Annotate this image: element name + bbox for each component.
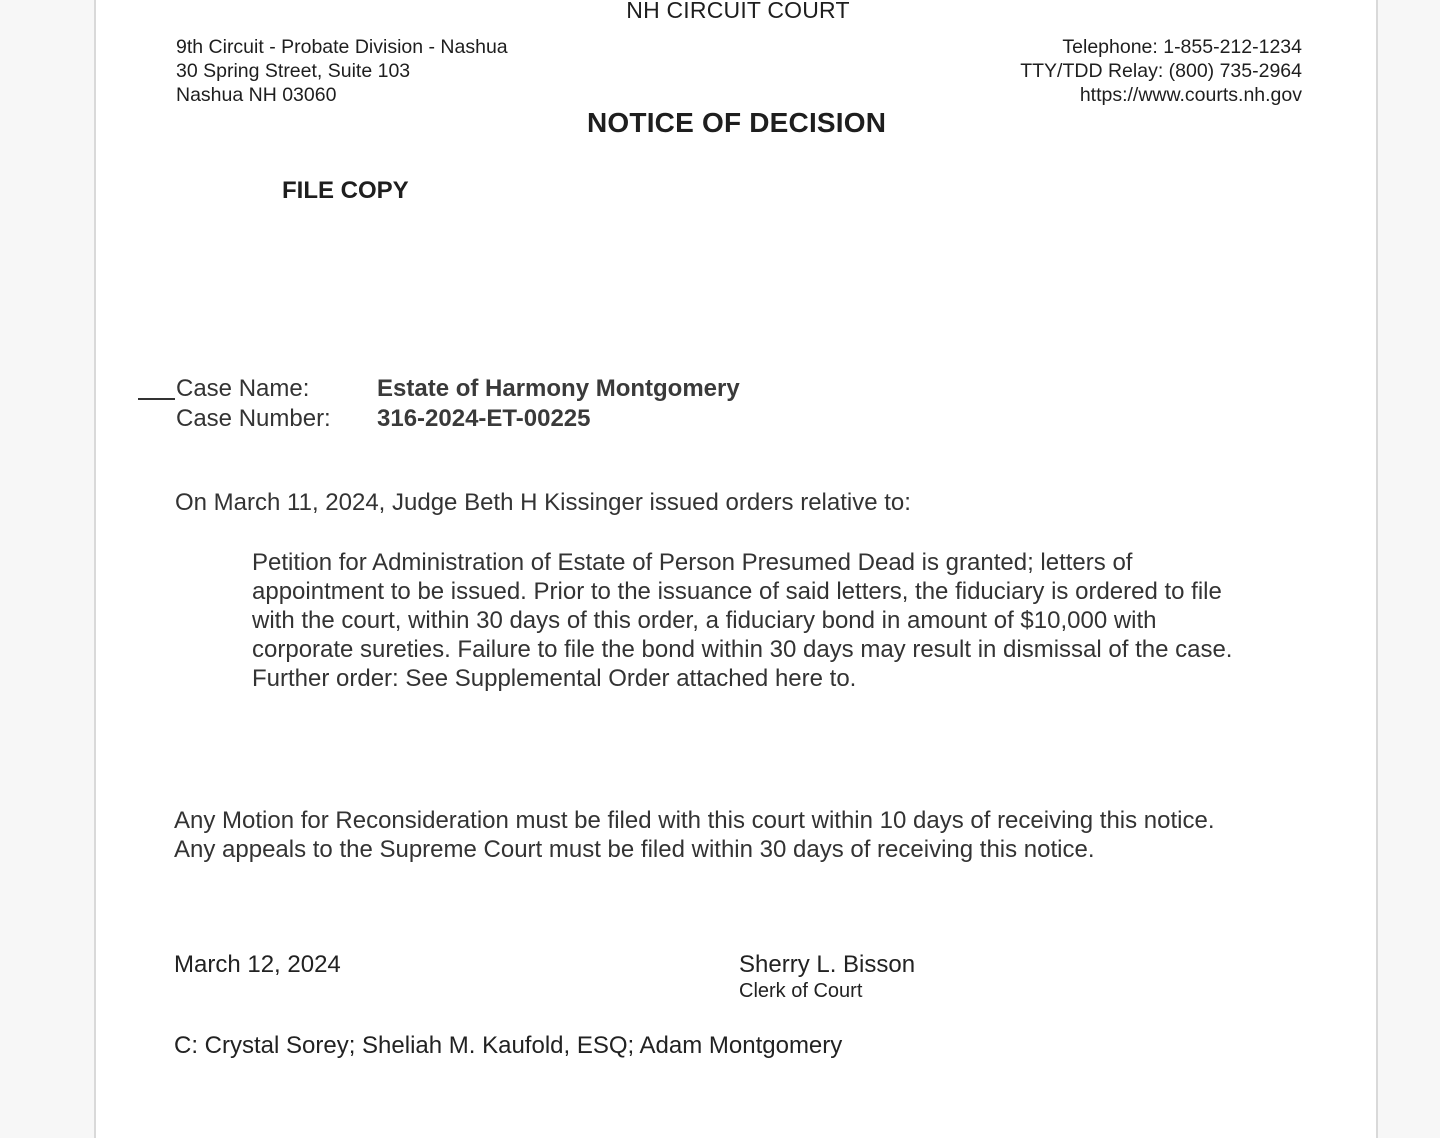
notice-date: March 12, 2024 xyxy=(174,951,341,979)
address-line-3: Nashua NH 03060 xyxy=(176,83,508,107)
appeal-line: Any appeals to the Supreme Court must be… xyxy=(174,835,1215,864)
clerk-title: Clerk of Court xyxy=(739,980,862,1003)
reconsideration-notice: Any Motion for Reconsideration must be f… xyxy=(174,806,1215,864)
document-page: NH CIRCUIT COURT 9th Circuit - Probate D… xyxy=(94,0,1378,1138)
notice-title: NOTICE OF DECISION xyxy=(587,107,886,139)
tty-relay: TTY/TDD Relay: (800) 735-2964 xyxy=(1020,59,1302,83)
document-viewer: NH CIRCUIT COURT 9th Circuit - Probate D… xyxy=(0,0,1440,1138)
copies-to: C: Crystal Sorey; Sheliah M. Kaufold, ES… xyxy=(174,1032,842,1060)
case-name-row: Case Name: Estate of Harmony Montgomery xyxy=(138,374,740,404)
address-line-2: 30 Spring Street, Suite 103 xyxy=(176,59,508,83)
order-line: Further order: See Supplemental Order at… xyxy=(252,664,1292,693)
order-line: corporate sureties. Failure to file the … xyxy=(252,635,1292,664)
case-name-label: Case Name: xyxy=(176,374,377,404)
order-line: Petition for Administration of Estate of… xyxy=(252,548,1292,577)
order-line: appointment to be issued. Prior to the i… xyxy=(252,577,1292,606)
case-number-value: 316-2024-ET-00225 xyxy=(377,404,591,434)
file-copy-label: FILE COPY xyxy=(282,177,409,205)
court-address: 9th Circuit - Probate Division - Nashua … xyxy=(176,35,508,107)
motion-line: Any Motion for Reconsideration must be f… xyxy=(174,806,1215,835)
website: https://www.courts.nh.gov xyxy=(1020,83,1302,107)
case-info: Case Name: Estate of Harmony Montgomery … xyxy=(138,374,740,434)
order-intro: On March 11, 2024, Judge Beth H Kissinge… xyxy=(175,489,911,517)
court-name: NH CIRCUIT COURT xyxy=(626,0,849,23)
order-text: Petition for Administration of Estate of… xyxy=(252,548,1292,693)
clerk-name: Sherry L. Bisson xyxy=(739,951,915,979)
case-number-row: Case Number: 316-2024-ET-00225 xyxy=(138,404,740,434)
court-title: NH CIRCUIT COURT xyxy=(96,0,1376,24)
case-name-value: Estate of Harmony Montgomery xyxy=(377,374,740,404)
address-line-1: 9th Circuit - Probate Division - Nashua xyxy=(176,35,508,59)
checkbox-line xyxy=(138,397,175,400)
case-number-label: Case Number: xyxy=(176,404,377,434)
telephone: Telephone: 1-855-212-1234 xyxy=(1020,35,1302,59)
order-line: with the court, within 30 days of this o… xyxy=(252,606,1292,635)
court-contact: Telephone: 1-855-212-1234 TTY/TDD Relay:… xyxy=(1020,35,1302,107)
